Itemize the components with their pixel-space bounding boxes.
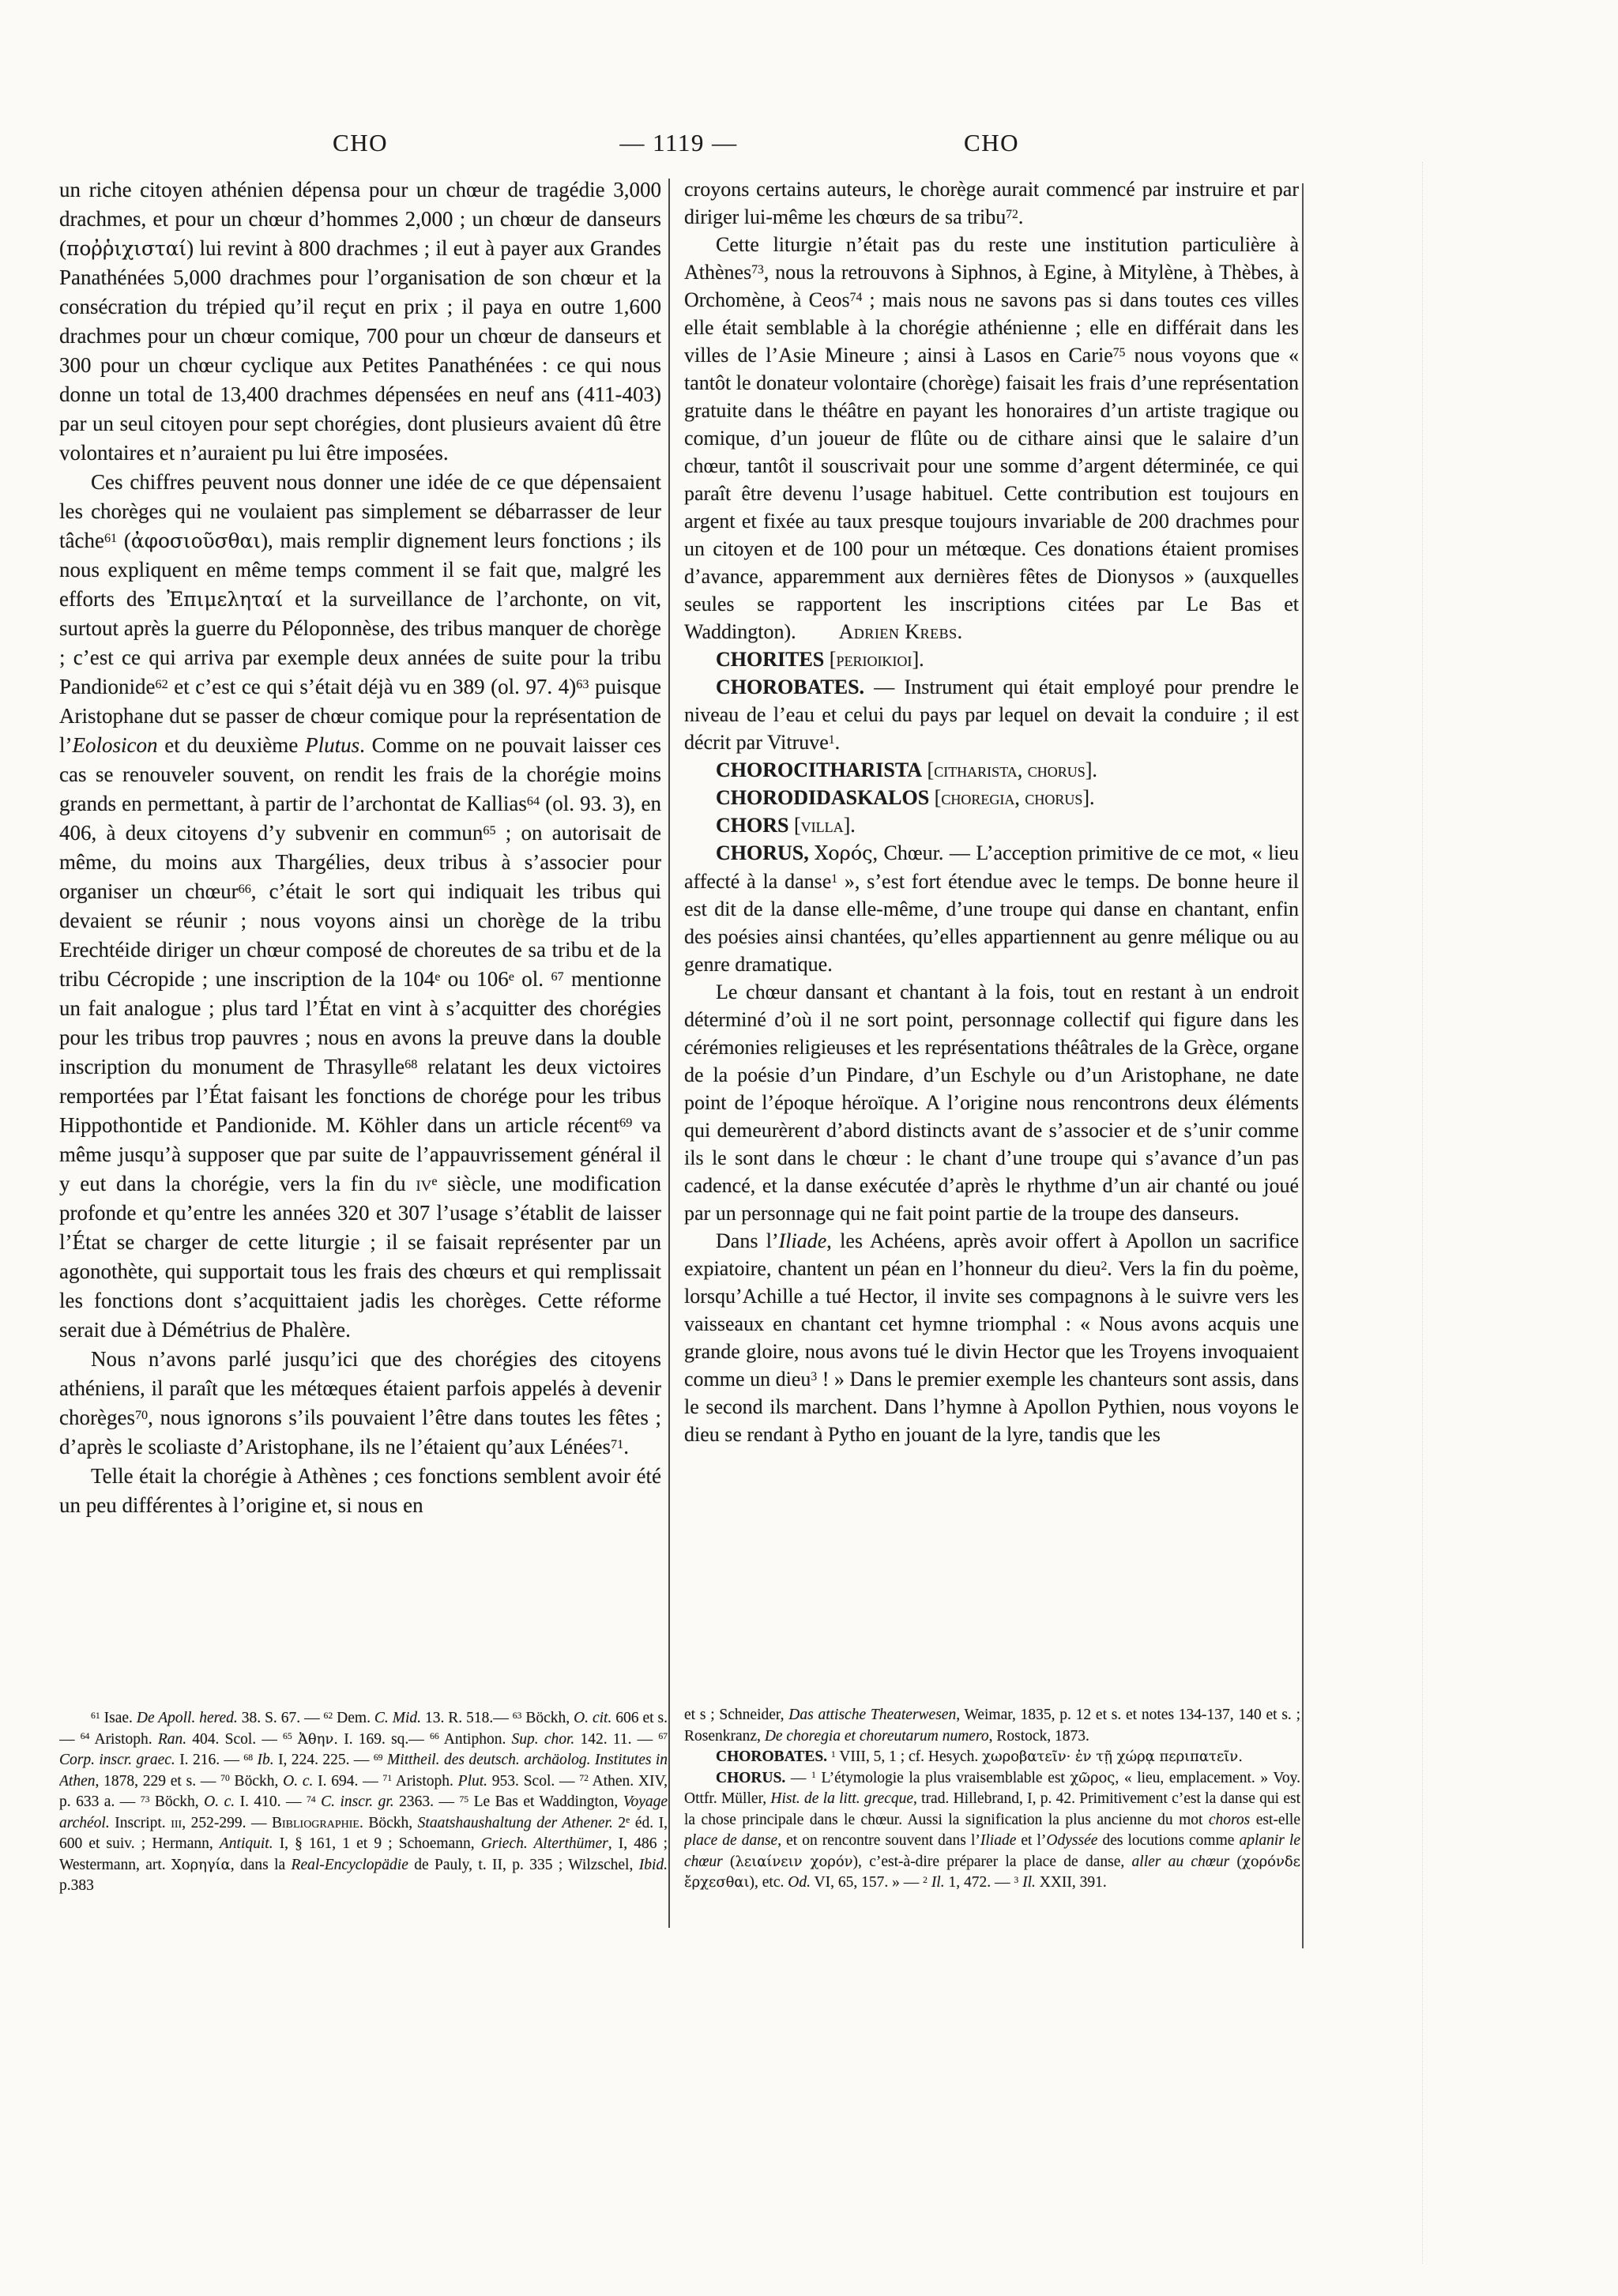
footnote-block: 61 Isae. De Apoll. hered. 38. S. 67. — 6…	[59, 1708, 668, 1897]
entry-chorodidaskalos: CHORODIDASKALOS [choregia, chorus].	[684, 784, 1299, 811]
entry-chors: CHORS [villa].	[684, 811, 1299, 839]
entry-chorites: CHORITES [perioikioi].	[684, 646, 1299, 673]
entry-chorocitharista: CHOROCITHARISTA [citharista, chorus].	[684, 756, 1299, 784]
entry-chorus: CHORUS, Χορός, Chœur. — L’acception prim…	[684, 839, 1299, 978]
paragraph: Cette liturgie n’était pas du reste une …	[684, 231, 1299, 646]
left-column-footnotes: 61 Isae. De Apoll. hered. 38. S. 67. — 6…	[59, 1708, 668, 1961]
right-column-main: croyons certains auteurs, le chorège aur…	[684, 175, 1299, 1703]
paragraph: un riche citoyen athénien dépensa pour u…	[59, 175, 661, 468]
scanned-dictionary-page: CHO — 1119 — CHO un riche citoyen athéni…	[0, 0, 1618, 2296]
footnote-chorus: CHORUS. — 1 L’étymologie la plus vraisem…	[684, 1768, 1300, 1894]
paragraph: Le chœur dansant et chantant à la fois, …	[684, 978, 1299, 1227]
paragraph: Nous n’avons parlé jusqu’ici que des cho…	[59, 1345, 661, 1462]
footnote-chorobates: CHOROBATES. 1 VIII, 5, 1 ; cf. Hesych. χ…	[684, 1747, 1300, 1768]
paragraph: croyons certains auteurs, le chorège aur…	[684, 175, 1299, 231]
right-column-footnotes: et s ; Schneider, Das attische Theaterwe…	[684, 1705, 1300, 1958]
left-column-main: un riche citoyen athénien dépensa pour u…	[59, 175, 661, 1707]
paragraph: Ces chiffres peuvent nous donner une idé…	[59, 468, 661, 1345]
paragraph: Dans l’Iliade, les Achéens, après avoir …	[684, 1227, 1299, 1448]
footnote-block: et s ; Schneider, Das attische Theaterwe…	[684, 1705, 1300, 1747]
page-fold-shadow	[1422, 162, 1423, 2264]
entry-chorobates: CHOROBATES. — Instrument qui était emplo…	[684, 673, 1299, 756]
page-edge-rule	[1302, 183, 1304, 1948]
column-divider-rule	[668, 179, 670, 1928]
paragraph: Telle était la chorégie à Athènes ; ces …	[59, 1462, 661, 1520]
running-title-right: CHO	[684, 129, 1299, 157]
